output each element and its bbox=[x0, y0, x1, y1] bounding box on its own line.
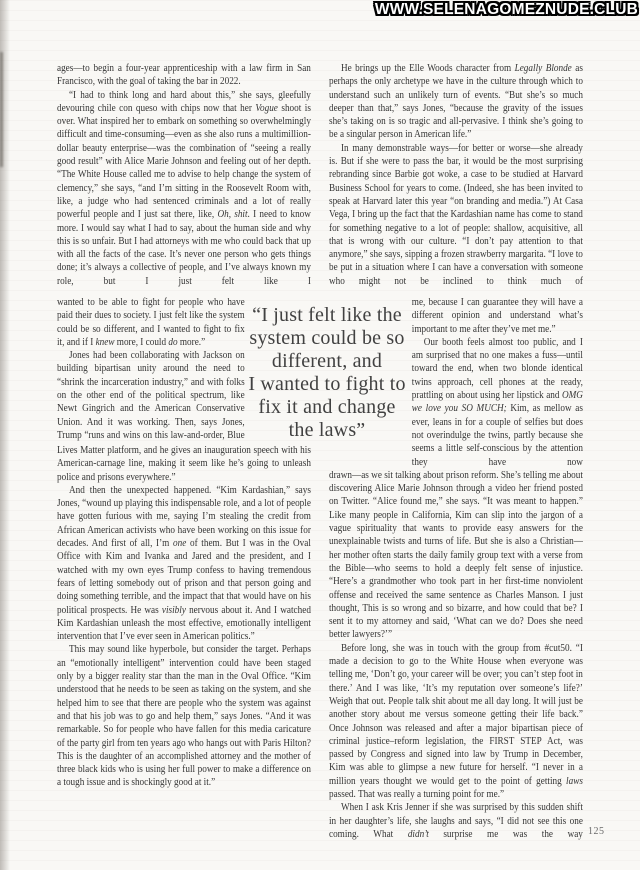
body-paragraph: me, because I can guarantee they will ha… bbox=[412, 296, 583, 336]
body-paragraph: He brings up the Elle Woods character fr… bbox=[329, 62, 583, 142]
right-segment-bottom: drawn—as we sit talking about prison ref… bbox=[329, 469, 583, 841]
left-segment-top: ages—to begin a four-year apprenticeship… bbox=[57, 62, 311, 296]
magazine-page: WWW.SELENAGOMEZNUDE.CLUB ages—to begin a… bbox=[0, 0, 640, 870]
body-paragraph: Lives Matter platform, and he gives an i… bbox=[57, 444, 311, 484]
body-paragraph: When I ask Kris Jenner if she was surpri… bbox=[329, 801, 583, 841]
body-paragraph: This may sound like hyperbole, but consi… bbox=[57, 643, 311, 789]
left-segment-wrap: wanted to be able to fight for people wh… bbox=[57, 296, 245, 444]
left-segment-bottom: Lives Matter platform, and he gives an i… bbox=[57, 444, 311, 790]
body-paragraph: Jones had been collaborating with Jackso… bbox=[57, 349, 245, 442]
body-paragraph: And then the unexpected happened. “Kim K… bbox=[57, 484, 311, 644]
article-column-right: He brings up the Elle Woods character fr… bbox=[329, 62, 583, 841]
body-paragraph: drawn—as we sit talking about prison ref… bbox=[329, 469, 583, 642]
body-paragraph: ages—to begin a four-year apprenticeship… bbox=[57, 62, 311, 89]
pull-quote: “I just felt like thesystem could be sod… bbox=[237, 304, 417, 442]
body-paragraph: “I had to think long and hard about this… bbox=[57, 89, 311, 288]
watermark-text: WWW.SELENAGOMEZNUDE.CLUB bbox=[375, 0, 638, 19]
body-paragraph: Our booth feels almost too public, and I… bbox=[412, 336, 583, 469]
body-paragraph: In many demonstrable ways—for better or … bbox=[329, 142, 583, 288]
body-paragraph: Before long, she was in touch with the g… bbox=[329, 642, 583, 802]
body-paragraph: wanted to be able to fight for people wh… bbox=[57, 296, 245, 349]
right-segment-top: He brings up the Elle Woods character fr… bbox=[329, 62, 583, 296]
right-segment-wrap: me, because I can guarantee they will ha… bbox=[412, 296, 583, 469]
scan-edge-artifact bbox=[0, 52, 3, 167]
page-number: 125 bbox=[588, 826, 605, 837]
